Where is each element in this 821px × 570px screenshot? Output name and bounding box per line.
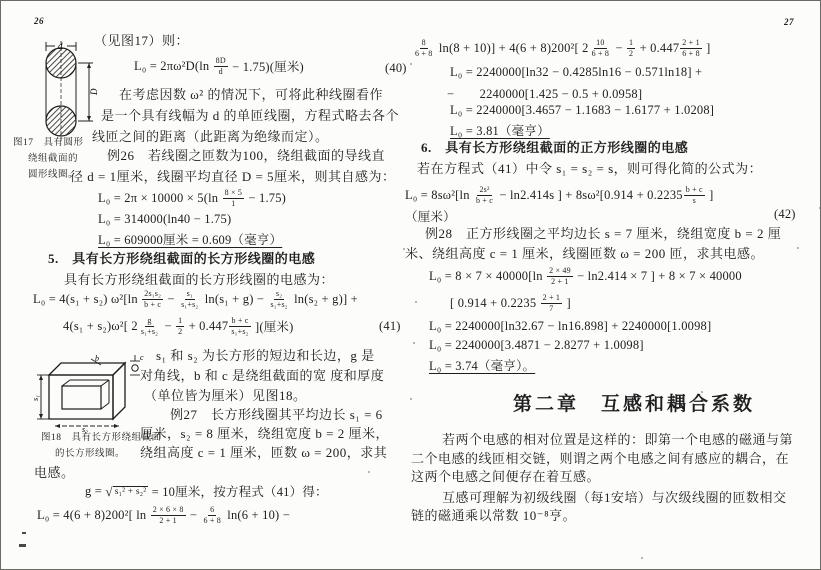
- fig18-label-c: c: [140, 353, 144, 362]
- formula-fraction: b + cs: [684, 185, 705, 204]
- formula-text: ](厘米): [252, 317, 294, 335]
- formula-text: + 0.447: [185, 319, 228, 334]
- fig18-window: [62, 386, 101, 409]
- formula-text: − 2240000[1.425 − 0.5 + 0.0958]: [447, 84, 642, 102]
- fig17-wire-section-top: [46, 48, 76, 78]
- formula-text: L₀ = 2240000[3.4657 − 1.1683 − 1.6177 + …: [450, 103, 714, 118]
- scan-noise-dot: [415, 301, 417, 303]
- fig17-caption-line: 图17 具有圆形: [13, 138, 84, 149]
- example-26-formula: L₀ = 2π × 10000 × 5(ln 8 × 51 − 1.75): [98, 187, 286, 209]
- scanned-page-spread: 26 d D 图17 具有圆形 绕组截面的 圆形线圈。 （见图17）则： L₀ …: [0, 0, 821, 570]
- scan-noise-dot: [413, 342, 415, 344]
- formula-text: 4(s₁ + s₂)ω²[ 2: [63, 319, 138, 334]
- example-28-calc-line: L₀ = 2240000[ln32.67 − ln16.898] + 22400…: [429, 319, 711, 334]
- example-26-text-line: 径 d = 1厘米，线圈平均直径 D = 5厘米，则其自感为：: [70, 169, 396, 185]
- formula-text: ln(8 + 10)] + 4(6 + 8)200²[ 2: [436, 41, 589, 56]
- example-27-calc-line: L₀ = 2240000[ln32 − 0.4285ln16 − 0.571ln…: [450, 65, 702, 80]
- scan-noise-dot: [403, 248, 405, 250]
- equation-42-number: (42): [774, 207, 796, 222]
- scan-noise-dot: [410, 398, 412, 400]
- equation-41-line1: L₀ = 4(s₁ + s₂) ω²[ln 2s₁s₂b + c − s₁s₁+…: [33, 287, 358, 311]
- formula-text: L₀ = 4(6 + 8)200²[ ln: [37, 508, 150, 523]
- example-28-text-line: 例28 正方形线圈之平均边长 s = 7 厘米，绕组宽度 b = 2 厘: [425, 226, 781, 242]
- section-6-title: 6. 具有长方形绕组截面的正方形线圈的电感: [421, 140, 688, 156]
- scan-noise-dot: [797, 247, 799, 249]
- formula-fraction: 12: [627, 38, 635, 57]
- equation-40: L₀ = 2πω²D(ln 8Dd − 1.75)(厘米): [134, 55, 304, 77]
- section-6-intro: 若在方程式（41）中令 s₁ = s₂ = s，则可得化简的公式为：: [417, 161, 762, 177]
- equation-41-line2: 4(s₁ + s₂)ω²[ 2gs₁+s₂ − 12 + 0.447b + cs…: [63, 314, 293, 338]
- example-27-g-formula: g = √s₁² + s₂² = 10厘米，按方程式（41）得：: [85, 482, 328, 500]
- formula-text: − 1.75)(厘米): [229, 57, 304, 75]
- example-28-result: L₀ = 3.74（毫亨）。: [429, 356, 535, 374]
- formula-text: L₀ = 609000厘米 = 0.609（毫亨）: [98, 230, 282, 248]
- formula-text: L₀ = 2240000[ln32.67 − ln16.898] + 22400…: [429, 319, 711, 334]
- formula-fraction: 8 × 51: [223, 188, 245, 207]
- equation-40-number: (40): [385, 61, 407, 76]
- example-27-result: L₀ = 3.81（毫亨）: [450, 121, 550, 139]
- fig17-label-D: D: [89, 88, 99, 96]
- formula-text: ]: [703, 41, 711, 56]
- formula-text: （厘米）: [405, 207, 456, 225]
- formula-text: L₀ = 2πω²D(ln: [134, 59, 213, 74]
- eq-number-text: (42): [774, 207, 796, 222]
- left-page-number: 26: [34, 16, 44, 27]
- fig18-front-face: [49, 375, 113, 419]
- formula-text: L₀ = 3.81（毫亨）: [450, 121, 550, 139]
- formula-fraction: 106 + 8: [590, 38, 612, 57]
- formula-text: + 0.447: [636, 41, 679, 56]
- scan-noise-dot: [701, 391, 703, 393]
- formula-text: ln(s₁ + g) −: [201, 292, 267, 307]
- equation-41-number: (41): [379, 319, 401, 334]
- formula-fraction: 2s²b + c: [474, 185, 495, 204]
- figure-18-rectangular-coil-diagram: s₁ s₂ b c: [35, 353, 147, 433]
- body-text-line: 互感可理解为初级线圈（每1安培）与次级线圈的匝数相交: [442, 490, 787, 506]
- formula-text: − 1.75): [245, 191, 286, 206]
- formula-fraction: gs₁+s₂: [139, 316, 160, 335]
- formula-text: −: [161, 319, 175, 334]
- formula-fraction: s₁s₁+s₂: [179, 289, 200, 308]
- formula-text: L₀ = 8sω²[ln: [405, 188, 473, 203]
- formula-radical: √s₁² + s₂²: [105, 485, 148, 498]
- formula-text: ln(s₂ + g)] +: [291, 292, 358, 307]
- example-27-text-line: 绕组高度 c = 1 厘米，匝数 ω = 200，求其: [140, 445, 387, 461]
- example-27-formula: L₀ = 4(6 + 8)200²[ ln 2 × 6 × 82 + 1 − 6…: [37, 503, 290, 527]
- formula-fraction: 2 + 17: [541, 293, 563, 312]
- formula-text: −: [612, 41, 626, 56]
- fig18-caption-line: 的长方形线圈。: [55, 449, 125, 460]
- fig18-window-edge: [101, 380, 109, 386]
- body-text-line: （见图17）则：: [94, 33, 189, 49]
- fig18-top-face: [49, 363, 125, 375]
- example-27-calc-line: L₀ = 2240000[3.4657 − 1.1683 − 1.6177 + …: [450, 103, 714, 118]
- example-28-formula: [ 0.914 + 0.2235 2 + 17 ]: [450, 291, 571, 315]
- formula-fraction: 2s₁s₂b + c: [142, 289, 163, 308]
- body-text-line: 对角线，b 和 c 是绕组截面的宽 度和厚度: [140, 368, 384, 384]
- formula-text: = 10厘米，按方程式（41）得：: [148, 482, 327, 500]
- formula-fraction: 8Dd: [214, 56, 228, 75]
- body-text-line: 这两个电感之间便存在着互感。: [411, 469, 600, 485]
- fig18-window-edge: [62, 380, 70, 386]
- fig17-label-d: d: [58, 41, 63, 51]
- formula-fraction: 2 × 6 × 82 + 1: [151, 505, 186, 524]
- formula-text: [ 0.914 + 0.2235: [450, 296, 540, 311]
- formula-text: ]: [563, 296, 571, 311]
- scan-noise-dot: [641, 557, 643, 559]
- example-28-calc-line: L₀ = 2240000[3.4871 − 2.8277 + 1.0098]: [429, 338, 644, 353]
- example-28-formula: L₀ = 8 × 7 × 40000[ln 2 × 492 + 1 − ln2.…: [429, 264, 742, 288]
- formula-text: g =: [85, 484, 105, 499]
- body-text-line: 二个电感的线匝相交链，则谓之两个电感之间有感应的耦合，在: [411, 451, 789, 467]
- body-text-line: 线匝之间的距离（此距离为绝缘而定）。: [92, 129, 329, 145]
- formula-text: L₀ = 4(s₁ + s₂) ω²[ln: [33, 292, 141, 307]
- example-26-result: L₀ = 609000厘米 = 0.609（毫亨）: [98, 230, 282, 248]
- fig18-label-b: b: [95, 354, 99, 363]
- formula-fraction: 12: [176, 316, 184, 335]
- formula-text: ln(6 + 10) −: [224, 508, 290, 523]
- chapter-2-title: 第二章 互感和耦合系数: [513, 394, 755, 417]
- scan-noise-dot: [368, 471, 370, 473]
- body-text-line: 在考虑因数 ω² 的情况下，可将此种线圈看作: [119, 87, 383, 103]
- formula-text: −: [187, 508, 201, 523]
- body-text-line: （单位皆为厘米）见图18。: [144, 388, 307, 404]
- body-text-line: 若两个电感的相对位置是这样的：即第一个电感的磁通与第: [442, 432, 793, 448]
- formula-fraction: 2 × 492 + 1: [547, 266, 573, 285]
- scan-smudge: [19, 544, 26, 547]
- equation-42: L₀ = 8sω²[ln 2s²b + c − ln2.414s ] + 8sω…: [405, 182, 713, 208]
- formula-fraction: s₂s₁+s₂: [268, 289, 289, 308]
- body-text-line: s₁ 和 s₂ 为长方形的短边和长边，g 是: [156, 348, 375, 364]
- formula-text: − ln2.414 × 7 ] + 8 × 7 × 40000: [574, 269, 742, 284]
- formula-text: L₀ = 8 × 7 × 40000[ln: [429, 269, 546, 284]
- formula-text: L₀ = 3.74（毫亨）。: [429, 356, 535, 374]
- scan-noise-dot: [410, 63, 412, 65]
- example-27-calc-line: − 2240000[1.425 − 0.5 + 0.0958]: [447, 84, 642, 102]
- formula-text: −: [164, 292, 178, 307]
- formula-text: L₀ = 2π × 10000 × 5(ln: [98, 191, 222, 206]
- formula-text: ]: [706, 188, 714, 203]
- formula-text: L₀ = 2240000[3.4871 − 2.8277 + 1.0098]: [429, 338, 644, 353]
- fig18-window-edge: [101, 403, 109, 409]
- section-5-title: 5. 具有长方形绕组截面的长方形线圈的电感: [48, 251, 315, 267]
- formula-fraction: b + cs₁+s₂: [229, 316, 250, 335]
- example-26-formula: L₀ = 314000(ln40 − 1.75): [98, 212, 231, 227]
- body-text-line: 是一个具有线幅为 d 的单匝线圈，方程式略去各个: [101, 108, 399, 124]
- eq-number-text: (40): [385, 61, 407, 76]
- eq-number-text: (41): [379, 319, 401, 334]
- example-26-text-line: 例26 若线圈之匝数为100，绕组截面的导线直: [107, 148, 385, 164]
- formula-text: L₀ = 314000(ln40 − 1.75): [98, 212, 231, 227]
- fig17-wire-section-bottom: [46, 106, 76, 136]
- equation-42-unit: （厘米）: [405, 207, 456, 225]
- example-28-text-line: 米、绕组高度 c = 1 厘米，线圈匝数 ω = 200 匝，求其电感。: [405, 246, 764, 262]
- example-27-carryover-formula: 86 + 8 ln(8 + 10)] + 4(6 + 8)200²[ 2106 …: [412, 35, 711, 61]
- fig18-wire-section: [132, 365, 138, 371]
- formula-text: L₀ = 2240000[ln32 − 0.4285ln16 − 0.571ln…: [450, 65, 702, 80]
- fig18-right-face: [113, 363, 125, 419]
- example-27-text-line: 例27 长方形线圈其平均边长 s₁ = 6: [170, 407, 383, 423]
- right-page-number: 27: [784, 17, 794, 28]
- body-text-line: 链的磁通乘以常数 10⁻⁸亨。: [411, 508, 576, 524]
- section-5-intro: 具有长方形绕组截面的长方形线圈的电感为：: [64, 272, 334, 288]
- body-text-line: 电感。: [34, 465, 75, 481]
- scan-smudge: [22, 532, 26, 534]
- formula-fraction: 86 + 8: [413, 38, 435, 57]
- formula-fraction: 66 + 8: [201, 505, 223, 524]
- fig18-label-s1: s₁: [31, 395, 40, 401]
- example-27-text-line: 厘米，s₂ = 8 厘米，绕组宽度 b = 2 厘米，: [140, 426, 389, 442]
- formula-fraction: 2 + 16 + 8: [680, 38, 702, 57]
- formula-text: − ln2.414s ] + 8sω²[0.914 + 0.2235: [496, 188, 683, 203]
- fig17-caption-line: 绕组截面的: [28, 154, 78, 165]
